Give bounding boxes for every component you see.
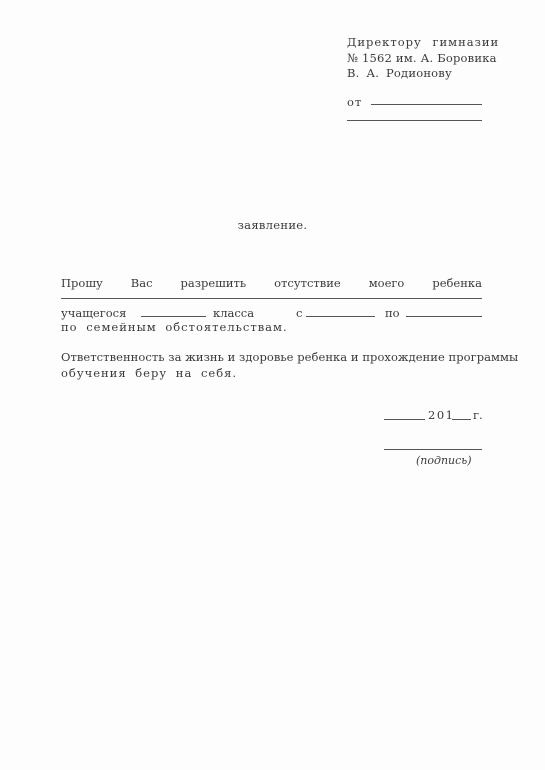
request-row-1: Прошу Вас разрешить отсутствие моего реб… bbox=[61, 276, 482, 290]
addressee-line-1: Директору гимназии bbox=[347, 35, 499, 49]
word: отсутствие bbox=[274, 276, 341, 290]
to-date-field[interactable] bbox=[406, 316, 482, 317]
from-label: от bbox=[347, 95, 362, 109]
from-date-label: с bbox=[296, 306, 302, 320]
from-name-field-2[interactable] bbox=[347, 120, 482, 121]
addressee-line-3: В. А. Родионову bbox=[347, 66, 452, 80]
class-field[interactable] bbox=[141, 316, 206, 317]
word: Вас bbox=[131, 276, 153, 290]
word: разрешить bbox=[181, 276, 247, 290]
from-name-field[interactable] bbox=[371, 104, 482, 105]
date-year-field[interactable] bbox=[452, 419, 471, 420]
signature-field[interactable] bbox=[384, 449, 482, 450]
word: Прошу bbox=[61, 276, 103, 290]
date-day-month-field[interactable] bbox=[384, 419, 425, 420]
signature-caption: (подпись) bbox=[416, 454, 472, 467]
word: ребенка bbox=[432, 276, 482, 290]
reason-text: по семейным обстоятельствам. bbox=[61, 320, 288, 334]
responsibility-line-1: Ответственность за жизнь и здоровье ребе… bbox=[61, 350, 518, 364]
responsibility-line-2: обучения беру на себя. bbox=[61, 366, 237, 380]
document-title: заявление. bbox=[0, 218, 545, 232]
date-year-prefix: 201 bbox=[428, 408, 454, 422]
from-date-field[interactable] bbox=[306, 316, 375, 317]
word: моего bbox=[369, 276, 405, 290]
student-label: учащегося bbox=[61, 306, 126, 320]
child-name-field[interactable] bbox=[61, 298, 482, 299]
class-label: класса bbox=[213, 306, 254, 320]
date-year-suffix: г. bbox=[473, 408, 483, 422]
addressee-line-2: № 1562 им. А. Боровика bbox=[347, 51, 497, 65]
to-date-label: по bbox=[385, 306, 400, 320]
